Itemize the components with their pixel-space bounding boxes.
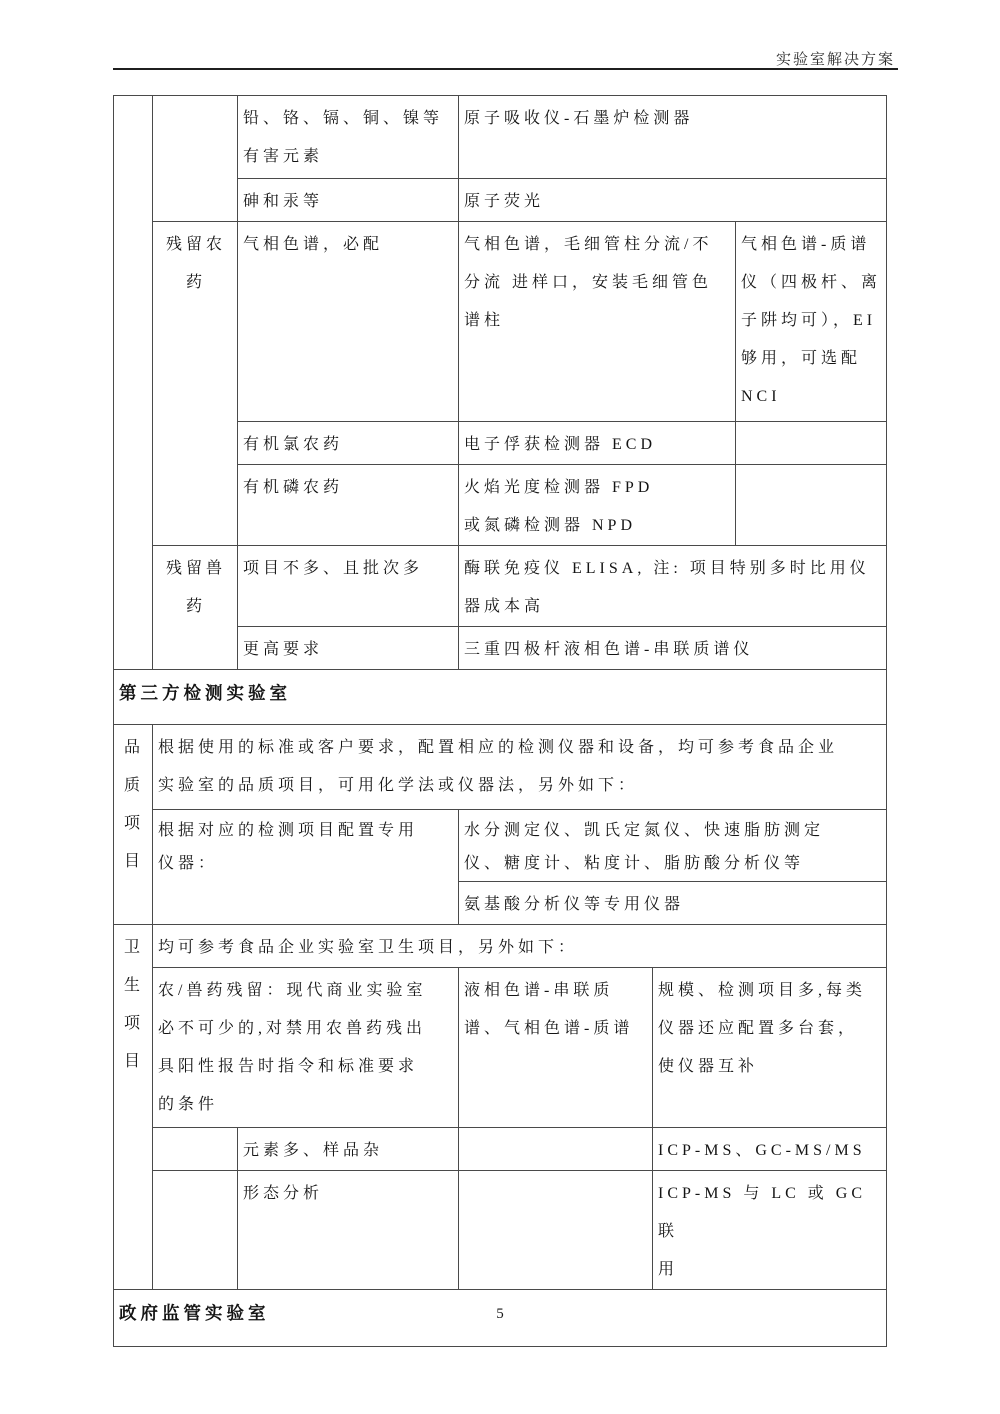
cell-speciation-note: ICP-MS 与 LC 或 GC 联 用 (653, 1171, 887, 1290)
cell-speciation-item: 形态分析 (238, 1171, 459, 1290)
page-header-title: 实验室解决方案 (776, 48, 895, 69)
cell-empty-colB (153, 96, 238, 222)
section-third-party-title: 第三方检测实验室 (114, 670, 887, 725)
cell-arsenic-mercury-equip: 原子荧光 (459, 179, 887, 222)
cell-gc-item: 气相色谱，必配 (238, 222, 459, 422)
label-hygiene-items: 卫 生 项 目 (114, 925, 153, 1290)
cell-arsenic-mercury-item: 砷和汞等 (238, 179, 459, 222)
cell-gcms-note: 气相色谱-质谱 仪（四极杆、离 子阱均可），EI 够用，可选配 NCI (736, 222, 887, 422)
cell-amino-acid-equip: 氨基酸分析仪等专用仪器 (459, 882, 887, 925)
label-quality-items: 品 质 项 目 (114, 725, 153, 925)
cell-higher-req-item: 更高要求 (238, 627, 459, 670)
cell-quality-general: 根据使用的标准或客户要求，配置相应的检测仪器和设备，均可参考食品企业 实验室的品… (153, 725, 887, 810)
cell-drug-residue-item: 农/兽药残留：现代商业实验室 必不可少的,对禁用农兽药残出 具阳性报告时指令和标… (153, 968, 459, 1128)
lab-solution-table: 铅、铬、镉、铜、镍等 有害元素 原子吸收仪-石墨炉检测器 砷和汞等 原子荧光 残… (113, 95, 887, 1347)
cell-organophosphorus-item: 有机磷农药 (238, 465, 459, 546)
cell-gc-equip: 气相色谱，毛细管柱分流/不 分流 进样口，安装毛细管色 谱柱 (459, 222, 736, 422)
cell-organophosphorus-equip: 火焰光度检测器 FPD 或氮磷检测器 NPD (459, 465, 736, 546)
cell-hygiene-general: 均可参考食品企业实验室卫生项目，另外如下： (153, 925, 887, 968)
cell-organochlorine-item: 有机氯农药 (238, 422, 459, 465)
cell-elisa-item: 项目不多、且批次多 (238, 546, 459, 627)
cell-empty-d1 (459, 1128, 653, 1171)
page-number: 5 (0, 1306, 1000, 1323)
label-pesticide-residue: 残留农 药 (153, 222, 238, 546)
cell-heavy-metals-equip: 原子吸收仪-石墨炉检测器 (459, 96, 887, 179)
header-rule (113, 68, 898, 70)
cell-quality-special-item: 根据对应的检测项目配置专用 仪器： (153, 810, 459, 925)
cell-empty-b2 (153, 1171, 238, 1290)
label-vet-residue: 残留兽 药 (153, 546, 238, 670)
cell-drug-residue-equip: 液相色谱-串联质 谱、气相色谱-质谱 (459, 968, 653, 1128)
cell-empty-d2 (459, 1171, 653, 1290)
cell-organochlorine-equip: 电子俘获检测器 ECD (459, 422, 736, 465)
cell-heavy-metals-item: 铅、铬、镉、铜、镍等 有害元素 (238, 96, 459, 179)
cell-elements-item: 元素多、样品杂 (238, 1128, 459, 1171)
cell-empty-b1 (153, 1128, 238, 1171)
cell-drug-residue-note: 规模、检测项目多,每类 仪器还应配置多台套， 使仪器互补 (653, 968, 887, 1128)
cell-quality-special-equip: 水分测定仪、凯氏定氮仪、快速脂肪测定 仪、糖度计、粘度计、脂肪酸分析仪等 (459, 810, 887, 882)
cell-higher-req-equip: 三重四极杆液相色谱-串联质谱仪 (459, 627, 887, 670)
cell-empty-note-2 (736, 465, 887, 546)
cell-elisa-equip: 酶联免疫仪 ELISA, 注: 项目特别多时比用仪 器成本高 (459, 546, 887, 627)
cell-empty-colA (114, 96, 153, 670)
cell-elements-note: ICP-MS、GC-MS/MS (653, 1128, 887, 1171)
cell-empty-note-1 (736, 422, 887, 465)
document-page: 实验室解决方案 铅、铬、镉、铜、镍等 有害元素 原子吸收仪-石墨炉检测器 砷和汞… (0, 0, 1000, 1414)
